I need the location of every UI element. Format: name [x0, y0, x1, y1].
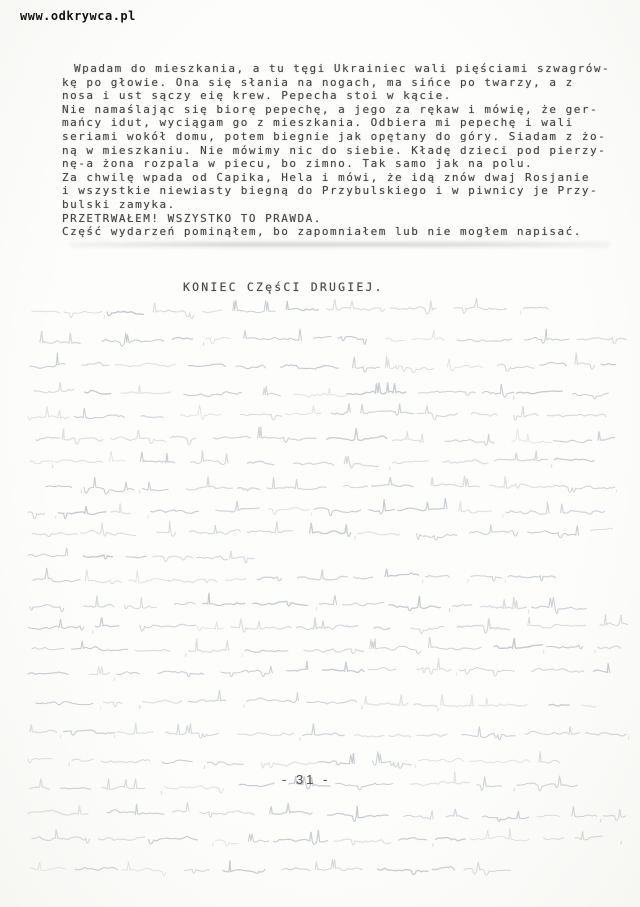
- handwritten-stroke: [459, 501, 491, 513]
- handwritten-stroke: [372, 477, 413, 487]
- handwritten-stroke: [151, 510, 199, 513]
- handwritten-stroke: [203, 342, 204, 346]
- handwritten-stroke: [513, 396, 514, 400]
- handwritten-stroke: [32, 830, 90, 844]
- handwritten-stroke: [110, 430, 165, 443]
- handwritten-stroke: [34, 383, 74, 393]
- handwritten-stroke: [32, 648, 64, 650]
- handwritten-stroke: [214, 436, 251, 439]
- handwritten-stroke: [298, 569, 348, 580]
- handwritten-stroke: [336, 783, 393, 790]
- handwritten-stroke: [258, 427, 316, 443]
- handwritten-stroke: [161, 791, 162, 795]
- handwritten-stroke: [459, 668, 514, 676]
- handwritten-stroke: [61, 788, 91, 790]
- handwritten-stroke: [163, 760, 193, 763]
- handwritten-stroke: [83, 555, 112, 559]
- handwritten-stroke: [391, 301, 436, 315]
- handwritten-stroke: [319, 753, 355, 765]
- handwritten-stroke: [471, 576, 502, 581]
- handwritten-stroke: [206, 337, 230, 343]
- handwritten-stroke: [85, 569, 121, 583]
- handwritten-stroke: [153, 556, 193, 561]
- handwritten-stroke: [240, 414, 281, 420]
- handwritten-stroke: [28, 547, 68, 556]
- handwritten-stroke: [454, 298, 507, 313]
- handwritten-stroke: [200, 811, 254, 818]
- handwritten-stroke: [30, 353, 65, 368]
- handwritten-stroke: [573, 393, 609, 399]
- handwritten-stroke: [582, 705, 596, 707]
- handwritten-stroke: [84, 596, 114, 607]
- handwritten-stroke: [207, 762, 243, 765]
- handwritten-stroke: [494, 638, 542, 648]
- handwritten-stroke: [174, 602, 195, 604]
- handwritten-stroke: [393, 461, 429, 464]
- handwritten-stroke: [75, 867, 117, 870]
- handwritten-stroke: [443, 460, 488, 464]
- handwritten-stroke: [28, 672, 68, 674]
- handwritten-stroke: [46, 486, 72, 488]
- handwritten-stroke: [267, 477, 326, 489]
- handwritten-stroke: [113, 677, 114, 681]
- handwritten-stroke: [185, 870, 210, 874]
- handwritten-stroke: [156, 521, 176, 536]
- handwritten-stroke: [202, 593, 245, 606]
- handwritten-stroke: [281, 365, 339, 369]
- typed-line: Wpadam do mieszkania, a tu tęgi Ukrainie…: [62, 62, 622, 76]
- handwritten-stroke: [285, 405, 321, 415]
- handwritten-stroke: [467, 579, 468, 583]
- handwritten-stroke: [110, 451, 126, 461]
- handwritten-stroke: [354, 536, 355, 540]
- handwritten-stroke: [107, 311, 143, 316]
- handwritten-stroke: [36, 702, 93, 705]
- handwritten-stroke: [347, 382, 406, 394]
- handwritten-stroke: [247, 522, 292, 533]
- handwritten-stroke: [270, 803, 312, 814]
- handwritten-stroke: [40, 331, 80, 344]
- handwritten-stroke: [554, 458, 594, 461]
- handwritten-stroke: [204, 765, 205, 769]
- handwritten-stroke: [166, 723, 219, 738]
- handwritten-stroke: [469, 760, 530, 763]
- handwritten-stroke: [231, 619, 291, 633]
- handwritten-stroke: [505, 579, 506, 583]
- handwritten-stroke: [197, 622, 223, 631]
- handwritten-stroke: [311, 513, 312, 517]
- watermark-url: www.odkrywca.pl: [20, 9, 136, 23]
- handwritten-stroke: [28, 406, 69, 420]
- handwritten-stroke: [117, 672, 139, 675]
- handwritten-stroke: [323, 662, 364, 672]
- handwritten-stroke: [139, 491, 140, 495]
- handwritten-stroke: [99, 837, 145, 840]
- handwritten-stroke: [28, 805, 88, 815]
- handwritten-stroke: [185, 653, 186, 657]
- handwritten-stroke: [368, 668, 396, 671]
- handwritten-stroke: [585, 733, 626, 736]
- handwritten-stroke: [257, 577, 281, 581]
- handwritten-stroke: [263, 386, 280, 396]
- handwritten-stroke: [432, 843, 433, 847]
- handwritten-stroke: [236, 365, 265, 369]
- handwritten-stroke: [233, 300, 275, 313]
- handwritten-stroke: [482, 384, 513, 397]
- handwritten-stroke: [517, 776, 577, 791]
- handwritten-stroke: [30, 461, 53, 464]
- handwritten-stroke: [28, 512, 45, 519]
- handwritten-stroke: [572, 806, 597, 817]
- handwritten-stroke: [269, 508, 309, 515]
- handwritten-stroke: [361, 403, 414, 415]
- handwritten-stroke: [528, 617, 586, 628]
- typed-line: seriami wokół domu, potem biegnie jak op…: [62, 130, 622, 144]
- handwritten-stroke: [216, 501, 259, 512]
- handwritten-stroke: [417, 658, 451, 674]
- handwritten-stroke: [373, 752, 411, 769]
- handwritten-stroke: [203, 310, 223, 313]
- handwritten-stroke: [540, 362, 567, 366]
- handwritten-stroke: [621, 841, 622, 845]
- handwritten-stroke: [188, 690, 226, 702]
- typed-line: ną w mieszkaniu. Nie mówimy nic do siebi…: [62, 144, 622, 158]
- handwritten-stroke: [85, 391, 111, 395]
- handwritten-stroke: [445, 434, 494, 445]
- handwritten-stroke: [72, 641, 128, 650]
- handwritten-stroke: [135, 650, 170, 652]
- handwritten-stroke: [189, 364, 226, 366]
- handwritten-stroke: [30, 605, 64, 612]
- handwritten-stroke: [62, 429, 103, 445]
- handwritten-stroke: [628, 736, 629, 740]
- handwritten-stroke: [600, 615, 628, 626]
- handwritten-stroke: [316, 607, 317, 611]
- typed-line: PRZETRWAŁEM! WSZYSTKO TO PRAWDA.: [62, 212, 622, 226]
- handwritten-stroke: [411, 771, 470, 785]
- handwritten-stroke: [358, 532, 400, 535]
- handwritten-stroke: [102, 779, 145, 790]
- handwritten-stroke: [191, 450, 228, 464]
- typed-line: Nie namaślając się biorę pepechę, a jego…: [62, 103, 622, 117]
- handwritten-stroke: [223, 860, 265, 873]
- handwritten-stroke: [89, 667, 109, 675]
- handwritten-stroke: [304, 649, 364, 654]
- handwritten-stroke: [101, 760, 150, 763]
- handwritten-stroke: [103, 702, 122, 707]
- handwritten-stroke: [531, 669, 583, 672]
- handwritten-stroke: [551, 464, 552, 468]
- handwritten-stroke: [470, 828, 529, 841]
- handwritten-stroke: [331, 403, 350, 414]
- handwritten-stroke: [437, 708, 438, 712]
- handwritten-stroke: [417, 534, 457, 540]
- handwritten-stroke: [462, 727, 515, 740]
- handwritten-stroke: [327, 428, 387, 440]
- handwritten-stroke: [483, 811, 529, 821]
- handwritten-stroke: [537, 815, 560, 817]
- handwritten-stroke: [528, 610, 529, 614]
- handwritten-stroke: [417, 406, 458, 420]
- pencil-underline: [70, 242, 610, 247]
- handwritten-stroke: [273, 830, 327, 844]
- handwritten-stroke: [490, 476, 552, 488]
- handwritten-stroke: [107, 804, 164, 814]
- handwritten-stroke: [417, 734, 447, 736]
- handwritten-stroke: [282, 868, 309, 871]
- handwritten-stroke: [457, 618, 509, 633]
- handwritten-stroke: [294, 388, 346, 397]
- handwritten-stroke: [30, 779, 49, 790]
- handwritten-stroke: [74, 408, 125, 419]
- handwritten-stroke: [355, 734, 384, 737]
- handwritten-stroke: [508, 576, 555, 581]
- handwritten-stroke: [354, 577, 373, 579]
- handwritten-stroke: [69, 762, 70, 766]
- handwritten-stroke: [342, 603, 383, 606]
- handwritten-stroke: [446, 809, 469, 819]
- handwritten-stroke: [397, 498, 447, 511]
- handwritten-stroke: [253, 601, 308, 606]
- handwritten-stroke: [52, 465, 53, 469]
- handwritten-stroke: [412, 330, 445, 341]
- handwritten-stroke: [591, 528, 613, 530]
- handwritten-stroke: [319, 595, 336, 605]
- handwritten-stroke: [393, 431, 424, 442]
- typed-text-block: Wpadam do mieszkania, a tu tęgi Ukrainie…: [62, 62, 622, 239]
- handwritten-stroke: [452, 605, 471, 607]
- handwritten-stroke: [158, 671, 203, 676]
- handwritten-stroke: [431, 476, 479, 487]
- handwritten-stroke: [238, 733, 294, 736]
- handwritten-stroke: [369, 499, 395, 514]
- handwritten-stroke: [411, 626, 444, 633]
- handwritten-stroke: [520, 311, 521, 315]
- handwritten-stroke: [429, 637, 481, 650]
- handwritten-stroke: [81, 523, 136, 536]
- handwritten-stroke: [153, 303, 194, 319]
- handwritten-stroke: [525, 329, 569, 344]
- handwritten-stroke: [117, 723, 153, 734]
- handwritten-stroke: [238, 488, 260, 491]
- handwritten-stroke: [303, 723, 344, 735]
- handwritten-stroke: [96, 617, 119, 627]
- handwritten-stroke: [115, 363, 176, 367]
- handwritten-stroke: [124, 597, 156, 609]
- handwritten-stroke: [512, 429, 552, 443]
- handwritten-stroke: [56, 460, 103, 463]
- handwritten-stroke: [575, 831, 602, 839]
- handwritten-stroke: [122, 862, 166, 876]
- typed-line: kę po głowie. Ona się słania na nogach, …: [62, 76, 622, 90]
- handwritten-stroke: [528, 525, 579, 537]
- handwritten-stroke: [447, 359, 482, 371]
- scanned-page: www.odkrywca.pl Wpadam do mieszkania, a …: [0, 0, 640, 907]
- handwritten-stroke: [315, 859, 362, 870]
- handwritten-stroke: [495, 451, 548, 461]
- handwritten-stroke: [456, 673, 457, 677]
- typed-line: bulski zamyka.: [62, 198, 622, 212]
- handwritten-stroke: [353, 357, 380, 373]
- handwritten-stroke: [514, 788, 515, 792]
- handwritten-stroke: [419, 391, 476, 395]
- handwritten-notes: [0, 296, 640, 907]
- handwritten-stroke: [554, 485, 616, 492]
- handwritten-stroke: [436, 838, 466, 842]
- handwritten-stroke: [297, 617, 358, 629]
- handwritten-stroke: [378, 868, 428, 874]
- handwritten-stroke: [594, 663, 610, 672]
- handwritten-stroke: [247, 461, 273, 464]
- handwritten-stroke: [181, 405, 221, 420]
- handwritten-stroke: [33, 568, 80, 582]
- handwritten-stroke: [141, 416, 163, 418]
- handwritten-stroke: [603, 809, 625, 820]
- handwritten-stroke: [361, 705, 362, 709]
- handwritten-stroke: [575, 353, 595, 370]
- handwritten-stroke: [389, 734, 411, 737]
- page-number: - 31 -: [282, 772, 330, 787]
- handwritten-stroke: [524, 307, 549, 309]
- handwritten-stroke: [139, 705, 140, 709]
- handwritten-stroke: [418, 759, 463, 762]
- typed-line: nosa i ust sączy eię krew. Pepecha stoi …: [62, 89, 622, 103]
- handwritten-stroke: [422, 580, 423, 584]
- handwritten-stroke: [525, 726, 579, 734]
- chapter-end-heading: KONIEC CZęśCI DRUGIEJ.: [183, 280, 384, 294]
- handwritten-stroke: [104, 315, 105, 319]
- handwritten-stroke: [261, 762, 317, 768]
- typed-line: i wszystkie niewiasty biegną do Przybuls…: [62, 184, 622, 198]
- handwritten-stroke: [389, 596, 440, 611]
- handwritten-stroke: [140, 624, 196, 631]
- handwritten-stroke: [164, 786, 223, 794]
- handwritten-stroke: [82, 363, 109, 366]
- handwritten-stroke: [189, 525, 240, 534]
- handwritten-stroke: [577, 338, 626, 344]
- handwritten-stroke: [415, 764, 416, 768]
- handwritten-stroke: [547, 414, 605, 417]
- handwritten-stroke: [247, 692, 299, 702]
- handwritten-stroke: [544, 838, 564, 840]
- handwritten-stroke: [477, 777, 502, 791]
- handwritten-stroke: [226, 579, 246, 581]
- handwritten-stroke: [92, 630, 93, 634]
- handwritten-stroke: [600, 819, 601, 823]
- handwritten-stroke: [28, 619, 84, 630]
- typed-line: Część wydarzeń pominąłem, bo zapomniałem…: [62, 225, 622, 239]
- handwritten-stroke: [55, 516, 56, 520]
- handwritten-stroke: [59, 506, 107, 518]
- handwritten-stroke: [286, 301, 318, 311]
- handwritten-stroke: [64, 311, 102, 317]
- handwritten-stroke: [294, 462, 334, 465]
- handwritten-stroke: [197, 556, 228, 560]
- handwritten-stroke: [470, 524, 518, 535]
- handwritten-stroke: [243, 704, 244, 708]
- handwritten-stroke: [314, 508, 361, 516]
- handwritten-stroke: [242, 654, 243, 658]
- handwritten-stroke: [121, 385, 170, 393]
- handwritten-stroke: [481, 597, 527, 609]
- handwritten-stroke: [338, 336, 366, 344]
- handwritten-stroke: [543, 650, 544, 654]
- handwritten-stroke: [30, 862, 65, 870]
- handwritten-stroke: [32, 532, 78, 536]
- handwritten-stroke: [171, 436, 196, 445]
- handwritten-stroke: [216, 840, 238, 845]
- typed-line: Za chwilę wpada od Capika, Hela i mówi, …: [62, 171, 622, 185]
- handwritten-stroke: [514, 406, 538, 420]
- handwritten-stroke: [310, 523, 351, 537]
- handwritten-stroke: [616, 489, 617, 493]
- handwritten-stroke: [365, 695, 408, 706]
- handwritten-stroke: [36, 437, 60, 440]
- handwritten-stroke: [598, 432, 615, 441]
- handwritten-stroke: [186, 476, 232, 490]
- handwritten-stroke: [386, 338, 406, 341]
- handwritten-stroke: [168, 579, 216, 583]
- handwritten-stroke: [344, 456, 378, 468]
- handwritten-stroke: [172, 338, 192, 340]
- handwritten-stroke: [479, 698, 527, 706]
- handwritten-stroke: [230, 551, 255, 563]
- handwritten-stroke: [30, 725, 57, 733]
- handwritten-stroke: [517, 391, 563, 394]
- handwritten-stroke: [126, 556, 146, 558]
- handwritten-stroke: [328, 806, 389, 822]
- handwritten-stroke: [189, 639, 229, 653]
- handwritten-stroke: [239, 783, 274, 787]
- handwritten-stroke: [81, 490, 82, 494]
- handwritten-stroke: [129, 571, 170, 583]
- handwritten-stroke: [547, 645, 583, 648]
- typed-line: nę-a żona rozpala w piecu, bo zimno. Tak…: [62, 157, 622, 171]
- handwritten-stroke: [498, 364, 535, 371]
- handwritten-stroke: [313, 337, 331, 339]
- handwritten-stroke: [601, 364, 616, 365]
- handwritten-stroke: [212, 843, 213, 847]
- handwritten-stroke: [100, 706, 101, 710]
- handwritten-stroke: [32, 311, 59, 313]
- handwritten-stroke: [370, 639, 421, 654]
- handwritten-stroke: [389, 467, 390, 471]
- handwritten-stroke: [245, 650, 288, 652]
- handwritten-stroke: [143, 700, 182, 703]
- handwritten-stroke: [425, 575, 449, 577]
- handwritten-stroke: [72, 759, 93, 762]
- handwritten-stroke: [457, 339, 512, 342]
- handwritten-stroke: [594, 650, 595, 654]
- handwritten-stroke: [449, 608, 450, 612]
- handwritten-stroke: [598, 646, 621, 649]
- handwritten-stroke: [334, 839, 391, 845]
- handwritten-stroke: [561, 504, 605, 514]
- handwritten-stroke: [539, 751, 560, 763]
- handwritten-stroke: [184, 392, 241, 397]
- handwritten-stroke: [221, 666, 272, 677]
- handwritten-stroke: [553, 440, 591, 442]
- handwritten-stroke: [327, 299, 385, 311]
- handwritten-stroke: [248, 834, 268, 842]
- typed-line: mańcy idut, wyciągam go z mieszkania. Od…: [62, 116, 622, 130]
- handwritten-stroke: [287, 661, 308, 671]
- handwritten-stroke: [143, 482, 169, 491]
- handwritten-stroke: [432, 867, 454, 870]
- handwritten-stroke: [404, 811, 434, 819]
- handwritten-stroke: [502, 514, 503, 518]
- handwritten-stroke: [441, 694, 474, 707]
